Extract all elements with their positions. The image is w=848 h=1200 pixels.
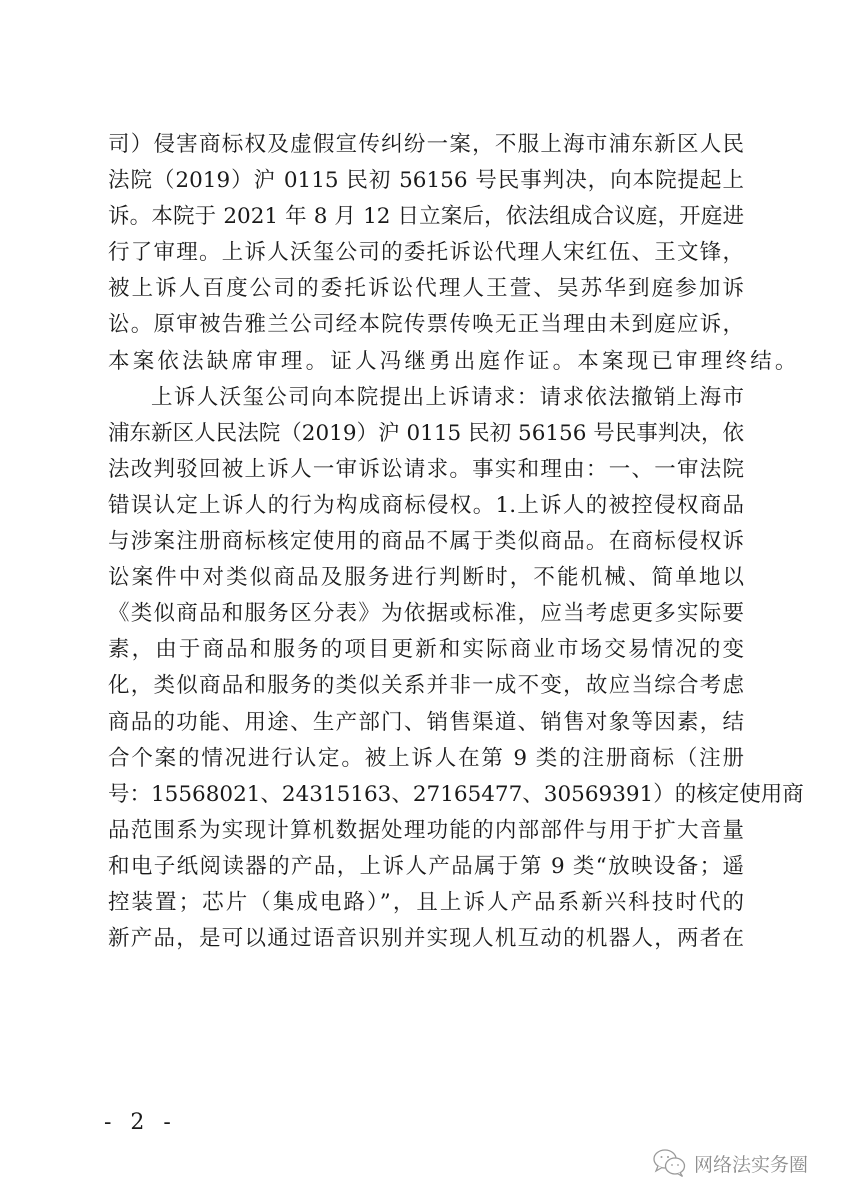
- text-line: 讼案件中对类似商品及服务进行判断时，不能机械、简单地以: [108, 560, 744, 596]
- text-line: 法院（2019）沪 0115 民初 56156 号民事判决，向本院提起上: [108, 163, 744, 199]
- text-line: 控装置；芯片（集成电路）”，且上诉人产品系新兴科技时代的: [108, 885, 744, 921]
- text-line: 化，类似商品和服务的类似关系并非一成不变，故应当综合考虑: [108, 668, 744, 704]
- text-line: 错误认定上诉人的行为构成商标侵权。1.上诉人的被控侵权商品: [108, 488, 744, 524]
- text-line: 诉。本院于 2021 年 8 月 12 日立案后，依法组成合议庭，开庭进: [108, 199, 744, 235]
- text-line: 号：15568021、24315163、27165477、30569391）的核…: [108, 777, 744, 813]
- text-line: 行了审理。上诉人沃玺公司的委托诉讼代理人宋红伍、王文锋，: [108, 235, 744, 271]
- text-line: 司）侵害商标权及虚假宣传纠纷一案，不服上海市浦东新区人民: [108, 127, 744, 163]
- text-line: 品范围系为实现计算机数据处理功能的内部部件与用于扩大音量: [108, 813, 744, 849]
- wechat-icon: [652, 1148, 688, 1178]
- text-line: 素，由于商品和服务的项目更新和实际商业市场交易情况的变: [108, 632, 744, 668]
- text-line: 本案依法缺席审理。证人冯继勇出庭作证。本案现已审理终结。: [108, 344, 744, 380]
- text-line: 被上诉人百度公司的委托诉讼代理人王萱、吴苏华到庭参加诉: [108, 271, 744, 307]
- text-line: 与涉案注册商标核定使用的商品不属于类似商品。在商标侵权诉: [108, 524, 744, 560]
- document-body: 司）侵害商标权及虚假宣传纠纷一案，不服上海市浦东新区人民 法院（2019）沪 0…: [108, 127, 744, 957]
- page-number: - 2 -: [104, 1108, 177, 1138]
- watermark-text: 网络法实务圈: [694, 1150, 808, 1177]
- text-line: 商品的功能、用途、生产部门、销售渠道、销售对象等因素，结: [108, 705, 744, 741]
- document-page: 司）侵害商标权及虚假宣传纠纷一案，不服上海市浦东新区人民 法院（2019）沪 0…: [0, 0, 848, 1200]
- text-line: 浦东新区人民法院（2019）沪 0115 民初 56156 号民事判决，依: [108, 416, 744, 452]
- text-line: 新产品，是可以通过语音识别并实现人机互动的机器人，两者在: [108, 921, 744, 957]
- text-line: 讼。原审被告雅兰公司经本院传票传唤无正当理由未到庭应诉，: [108, 307, 744, 343]
- text-line: 和电子纸阅读器的产品，上诉人产品属于第 9 类“放映设备；遥: [108, 849, 744, 885]
- text-line: 合个案的情况进行认定。被上诉人在第 9 类的注册商标（注册: [108, 741, 744, 777]
- text-line: 《类似商品和服务区分表》为依据或标准，应当考虑更多实际要: [108, 596, 744, 632]
- text-line: 法改判驳回被上诉人一审诉讼请求。事实和理由：一、一审法院: [108, 452, 744, 488]
- text-line: 上诉人沃玺公司向本院提出上诉请求：请求依法撤销上海市: [108, 380, 744, 416]
- watermark: 网络法实务圈: [652, 1146, 808, 1180]
